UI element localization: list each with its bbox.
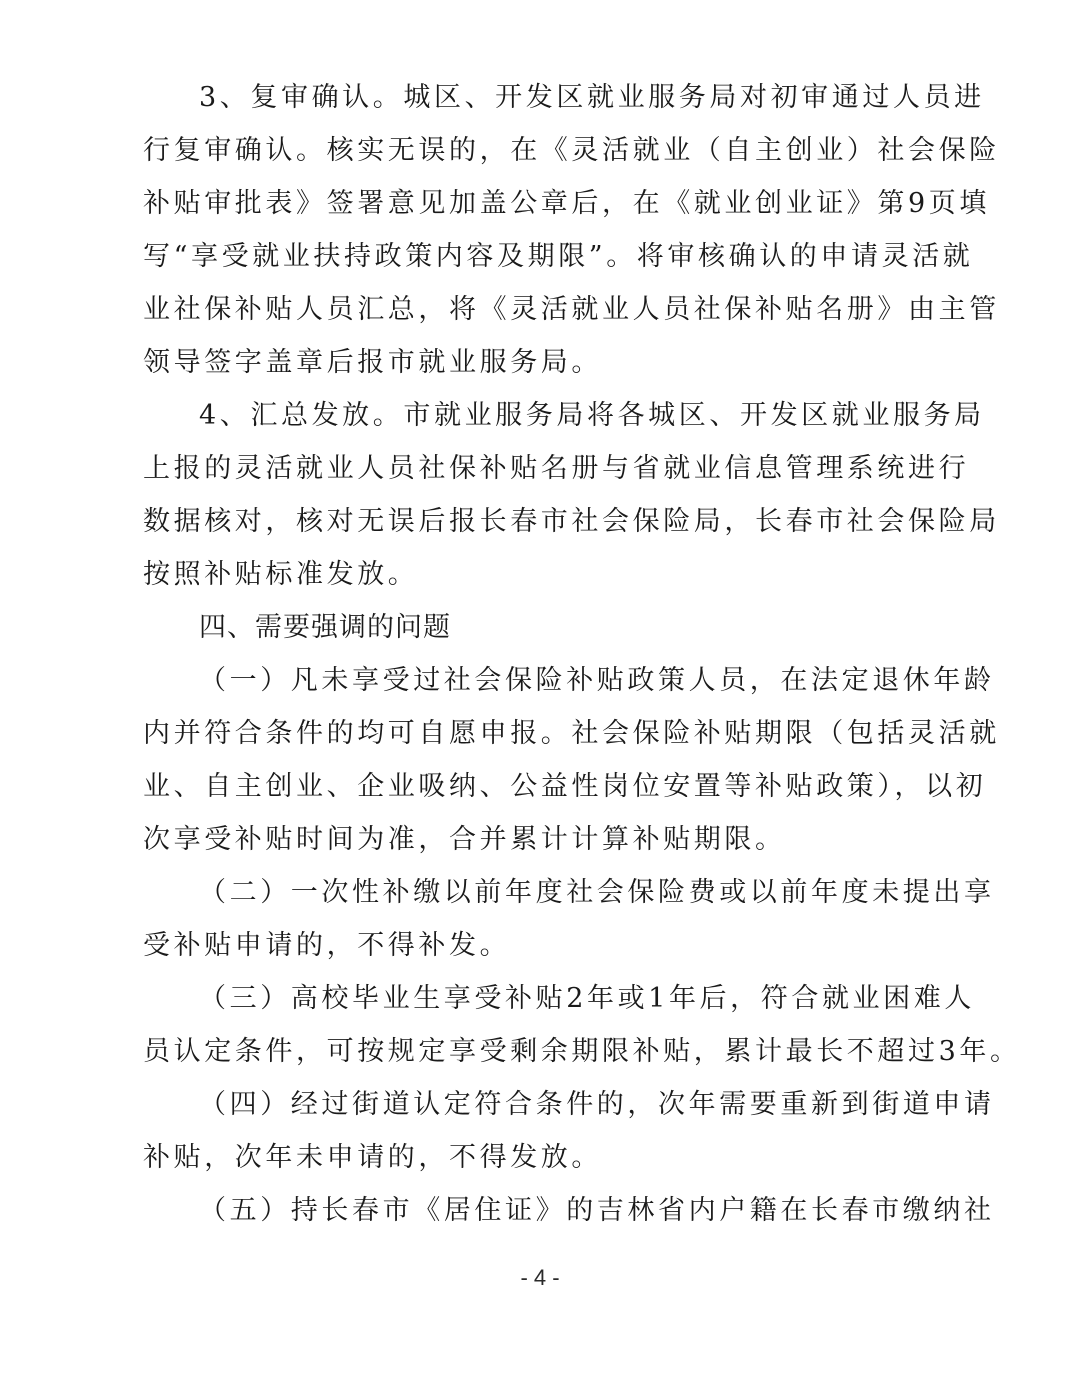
paragraph-line: 按照补贴标准发放。 xyxy=(143,555,418,595)
item-3: （三）高校毕业生享受补贴2年或1年后，符合就业困难人 xyxy=(199,979,975,1019)
item-1: （一）凡未享受过社会保险补贴政策人员，在法定退休年龄 xyxy=(199,661,995,701)
step-3-review-confirmation: 3、复审确认。城区、开发区就业服务局对初审通过人员进 xyxy=(199,78,985,118)
item-4: （四）经过街道认定符合条件的，次年需要重新到街道申请 xyxy=(199,1085,995,1125)
paragraph-line: 上报的灵活就业人员社保补贴名册与省就业信息管理系统进行 xyxy=(143,449,969,489)
paragraph-line: 行复审确认。核实无误的，在《灵活就业（自主创业）社会保险 xyxy=(143,131,1000,171)
paragraph-line: 受补贴申请的，不得补发。 xyxy=(143,926,510,966)
page-number: - 4 - xyxy=(0,1265,1080,1291)
paragraph-line: 业、自主创业、企业吸纳、公益性岗位安置等补贴政策），以初 xyxy=(143,767,986,807)
section-heading-issues-to-emphasize: 四、需要强调的问题 xyxy=(199,608,451,648)
item-5: （五）持长春市《居住证》的吉林省内户籍在长春市缴纳社 xyxy=(199,1191,995,1231)
paragraph-line: 次享受补贴时间为准，合并累计计算补贴期限。 xyxy=(143,820,786,860)
paragraph-line: 内并符合条件的均可自愿申报。社会保险补贴期限（包括灵活就 xyxy=(143,714,1000,754)
paragraph-line: 数据核对，核对无误后报长春市社会保险局，长春市社会保险局 xyxy=(143,502,1000,542)
paragraph-line: 补贴，次年未申请的，不得发放。 xyxy=(143,1138,602,1178)
item-2: （二）一次性补缴以前年度社会保险费或以前年度未提出享 xyxy=(199,873,995,913)
paragraph-line: 领导签字盖章后报市就业服务局。 xyxy=(143,343,602,383)
paragraph-line: 写“享受就业扶持政策内容及期限”。将审核确认的申请灵活就 xyxy=(143,237,973,277)
paragraph-line: 补贴审批表》签署意见加盖公章后，在《就业创业证》第9页填 xyxy=(143,184,990,224)
paragraph-line: 员认定条件，可按规定享受剩余期限补贴，累计最长不超过3年。 xyxy=(143,1032,1021,1072)
paragraph-line: 业社保补贴人员汇总，将《灵活就业人员社保补贴名册》由主管 xyxy=(143,290,1000,330)
step-4-summary-issuance: 4、汇总发放。市就业服务局将各城区、开发区就业服务局 xyxy=(199,396,985,436)
